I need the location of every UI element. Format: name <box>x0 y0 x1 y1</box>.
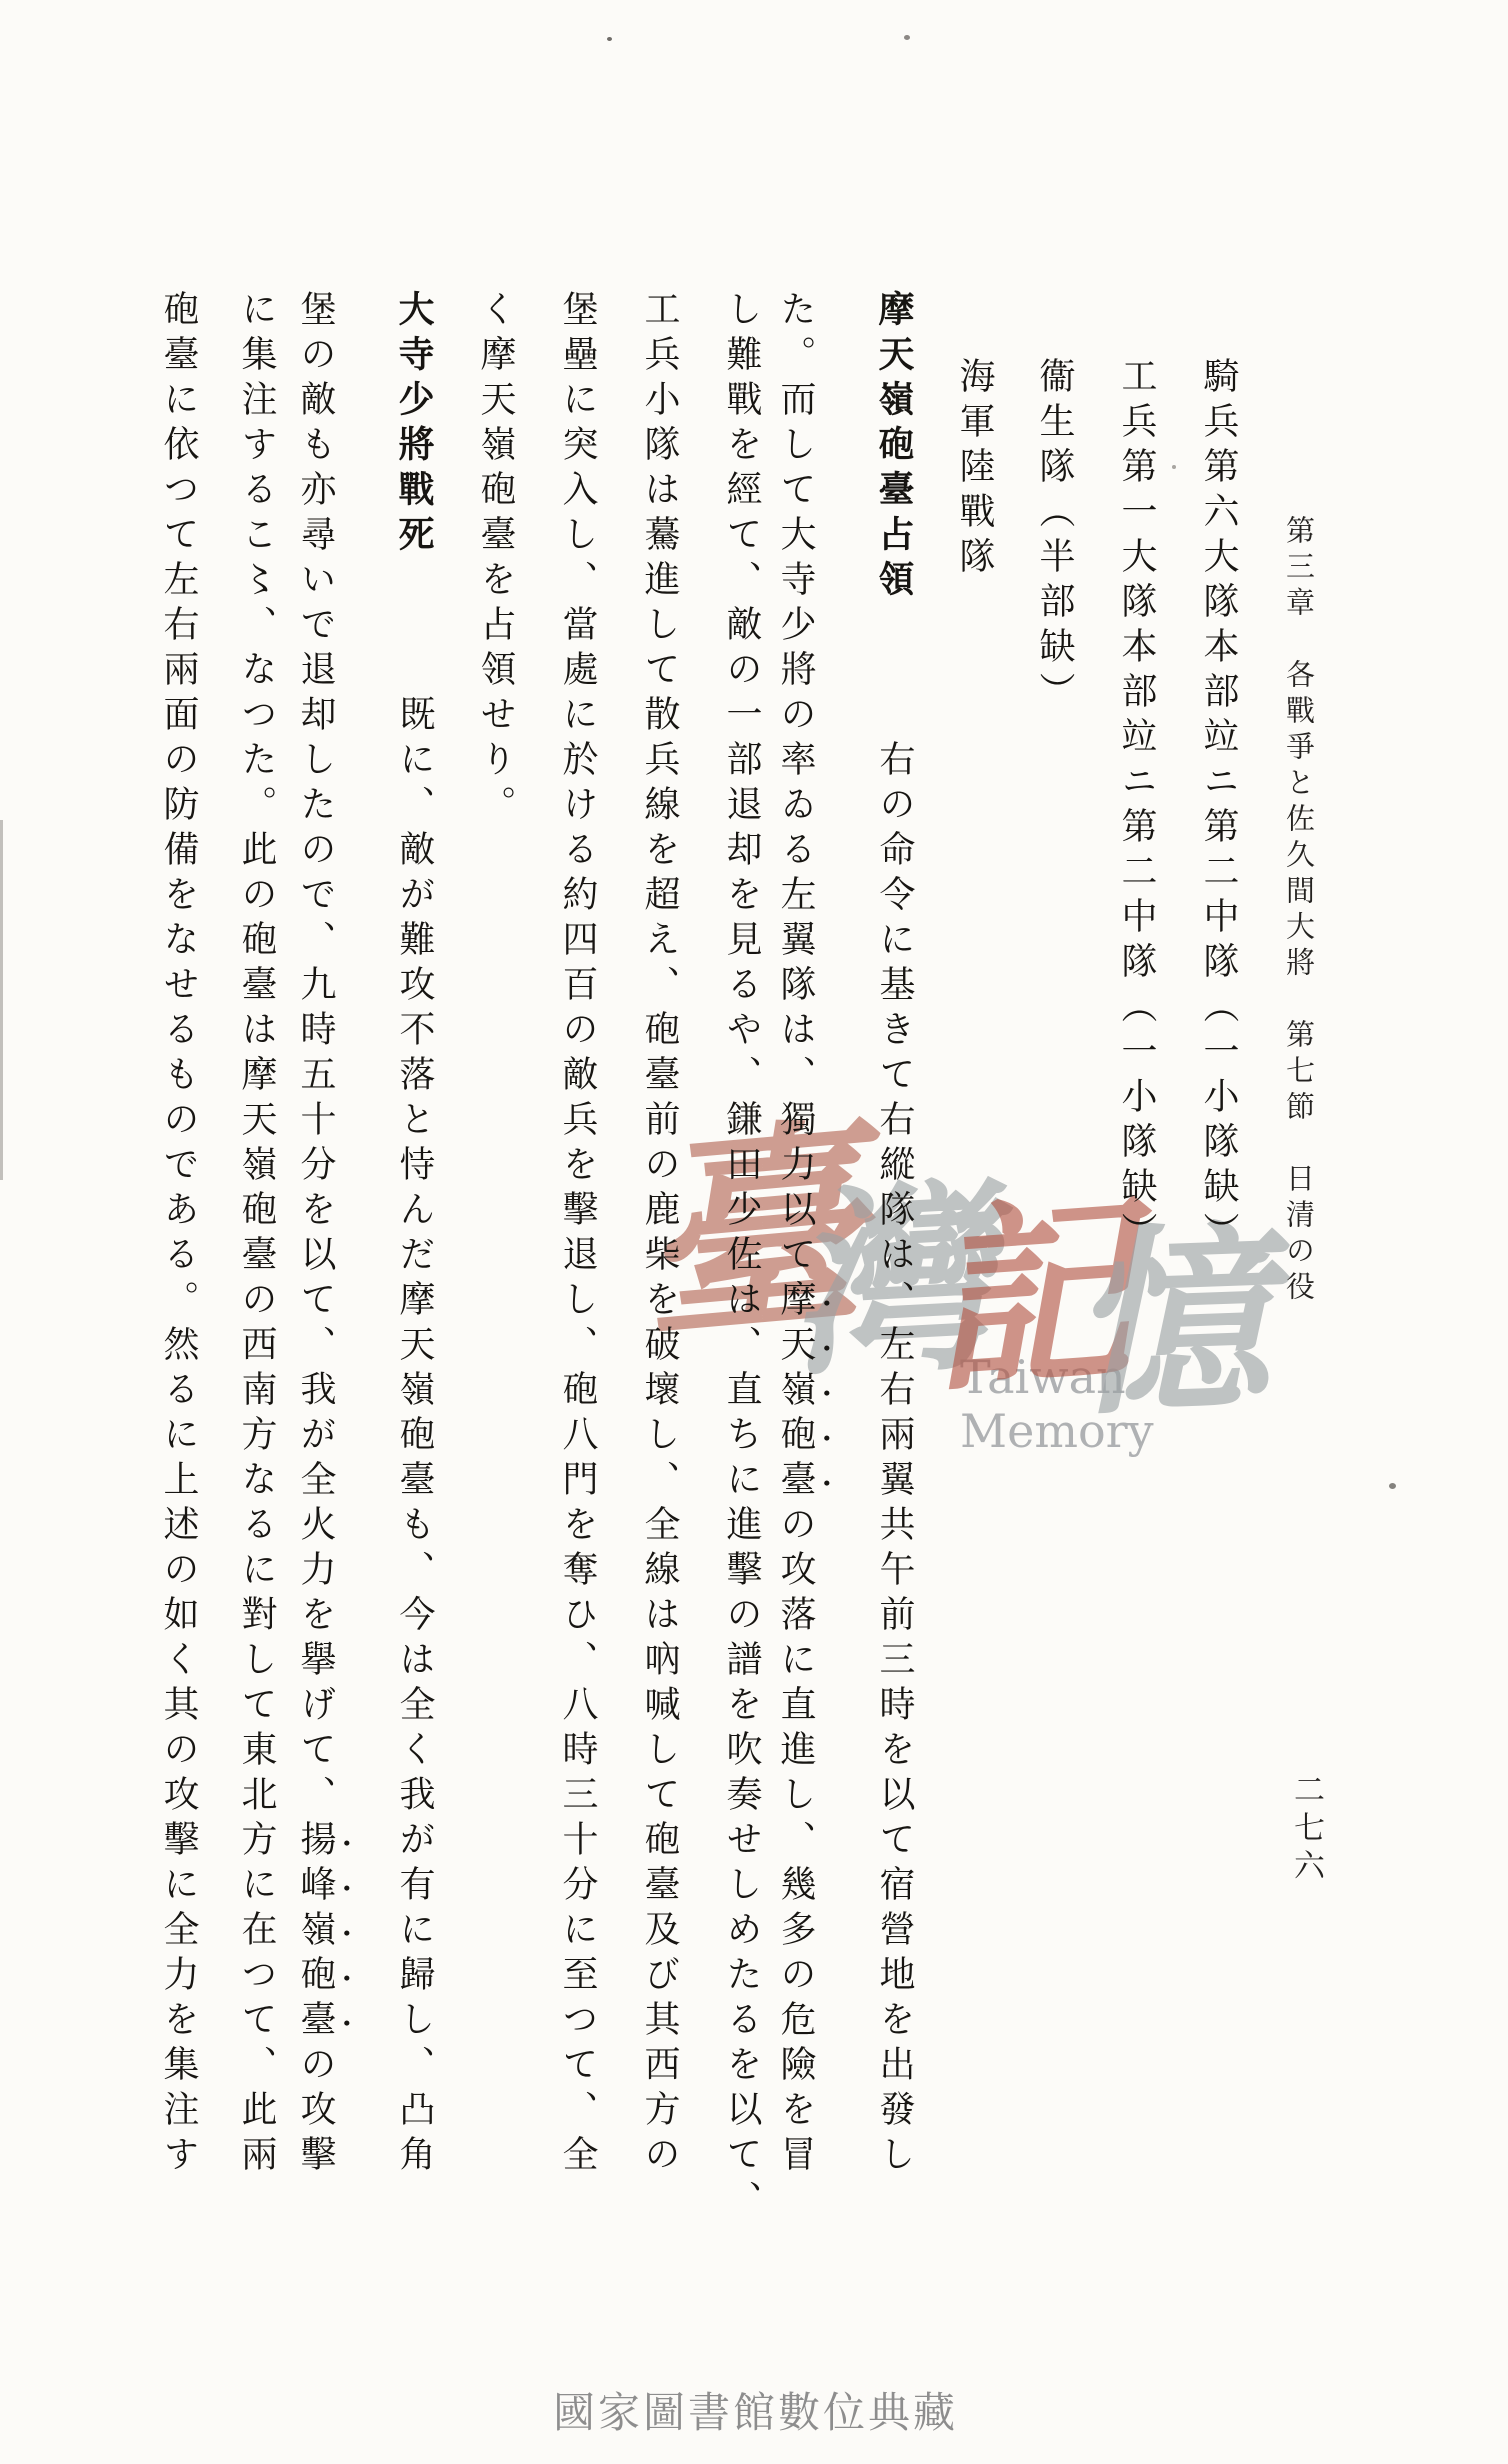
ink-speck <box>607 37 612 41</box>
column-text: 右の命令に基きて右縱隊は、左右兩翼共午前三時を以て宿營地を出發し <box>874 605 915 2180</box>
section-heading: 摩天嶺砲臺占領 <box>873 290 915 605</box>
text-column-4: 海軍陸戰隊 <box>951 357 997 2367</box>
column-text: に集注するこ〻、なつた。此の砲臺は摩天嶺砲臺の西南方なるに對して東北方に在つて、… <box>236 290 277 2180</box>
watermark-brand-char: 憶 <box>1063 1160 1273 1454</box>
chapter-running-head: 第三章 各戰爭と佐久間大將 第七節 日清の役 <box>1279 515 1319 1415</box>
section-heading: 大寺少將戰死 <box>393 290 435 560</box>
column-text: 海軍陸戰隊 <box>954 357 995 582</box>
column-text: 工兵第一大隊本部竝ニ第二中隊（一小隊缺） <box>1116 357 1157 1257</box>
column-text: 堡の敵も亦尋いで退却したので、九時五十分を以て、我が全火力を擧げて、 <box>295 290 336 1820</box>
text-column-14: 砲臺に依つて左右兩面の防備をなせるものである。然るに上述の如く其の攻擊に全力を集… <box>155 290 201 2300</box>
column-text: 工兵小隊は驀進して散兵線を超え、砲臺前の鹿柴を破壞し、全線は吶喊して砲臺及び其西… <box>639 290 680 2180</box>
text-column-13: に集注するこ〻、なつた。此の砲臺は摩天嶺砲臺の西南方なるに對して東北方に在つて、… <box>233 290 279 2300</box>
text-column-7: し難戰を經て、敵の一部退却を見るや、鎌田少佐は、直ちに進擊の譜を吹奏せしめたるを… <box>718 290 764 2300</box>
text-column-2: 工兵第一大隊本部竝ニ第二中隊（一小隊缺） <box>1113 357 1159 2367</box>
column-text: 砲臺に依つて左右兩面の防備をなせるものである。然るに上述の如く其の攻擊に全力を集… <box>158 290 199 2180</box>
text-column-1: 騎兵第六大隊本部竝ニ第二中隊（一小隊缺） <box>1195 357 1241 2367</box>
text-column-9: 堡壘に突入し、當處に於ける約四百の敵兵を擊退し、砲八門を奪ひ、八時三十分に至つて… <box>554 290 600 2300</box>
text-column-8: 工兵小隊は驀進して散兵線を超え、砲臺前の鹿柴を破壞し、全線は吶喊して砲臺及び其西… <box>636 290 682 2300</box>
column-text: 既に、敵が難攻不落と恃んだ摩天嶺砲臺も、今は全く我が有に歸し、凸角 <box>394 560 435 2180</box>
ink-speck <box>1389 1483 1396 1489</box>
text-column-6: た。而して大寺少將の率ゐる左翼隊は、獨力以て摩天嶺砲臺の攻落に直進し、幾多の危險… <box>791 290 837 2300</box>
library-caption: 國家圖書館數位典藏 <box>553 2380 958 2440</box>
column-text: 騎兵第六大隊本部竝ニ第二中隊（一小隊缺） <box>1198 357 1239 1257</box>
text-column-10: く摩天嶺砲臺を占領せり。 <box>472 290 518 2300</box>
column-text: の攻擊 <box>295 2045 336 2180</box>
book-page-scan: Taiwan Memory 臺灣記憶 第三章 各戰爭と佐久間大將 第七節 日清の… <box>0 0 1508 2464</box>
text-column-5: 摩天嶺砲臺占領 右の命令に基きて右縱隊は、左右兩翼共午前三時を以て宿營地を出發し <box>871 290 917 2300</box>
text-column-3: 衞生隊（半部缺） <box>1031 357 1077 2367</box>
column-text: の攻落に直進し、幾多の危險を冒 <box>775 1505 816 2180</box>
column-text: 堡壘に突入し、當處に於ける約四百の敵兵を擊退し、砲八門を奪ひ、八時三十分に至つて… <box>557 290 598 2180</box>
column-text: し難戰を經て、敵の一部退却を見るや、鎌田少佐は、直ちに進擊の譜を吹奏せしめたるを… <box>721 290 762 2225</box>
column-text: く摩天嶺砲臺を占領せり。 <box>475 290 516 830</box>
text-column-12: 堡の敵も亦尋いで退却したので、九時五十分を以て、我が全火力を擧げて、揚峰嶺砲臺の… <box>311 290 357 2300</box>
emphasized-text: 揚峰嶺砲臺 <box>295 1820 336 2045</box>
column-text: た。而して大寺少將の率ゐる左翼隊は、獨力以て <box>775 290 816 1280</box>
page-number: 二七六 <box>1286 1773 1326 1887</box>
text-column-11: 大寺少將戰死 既に、敵が難攻不落と恃んだ摩天嶺砲臺も、今は全く我が有に歸し、凸角 <box>391 290 437 2300</box>
column-text: 衞生隊（半部缺） <box>1034 357 1075 717</box>
emphasized-text: 摩天嶺砲臺 <box>775 1280 816 1505</box>
ink-speck <box>1172 465 1176 469</box>
scan-edge-shadow <box>0 820 3 1180</box>
ink-speck <box>904 35 910 40</box>
